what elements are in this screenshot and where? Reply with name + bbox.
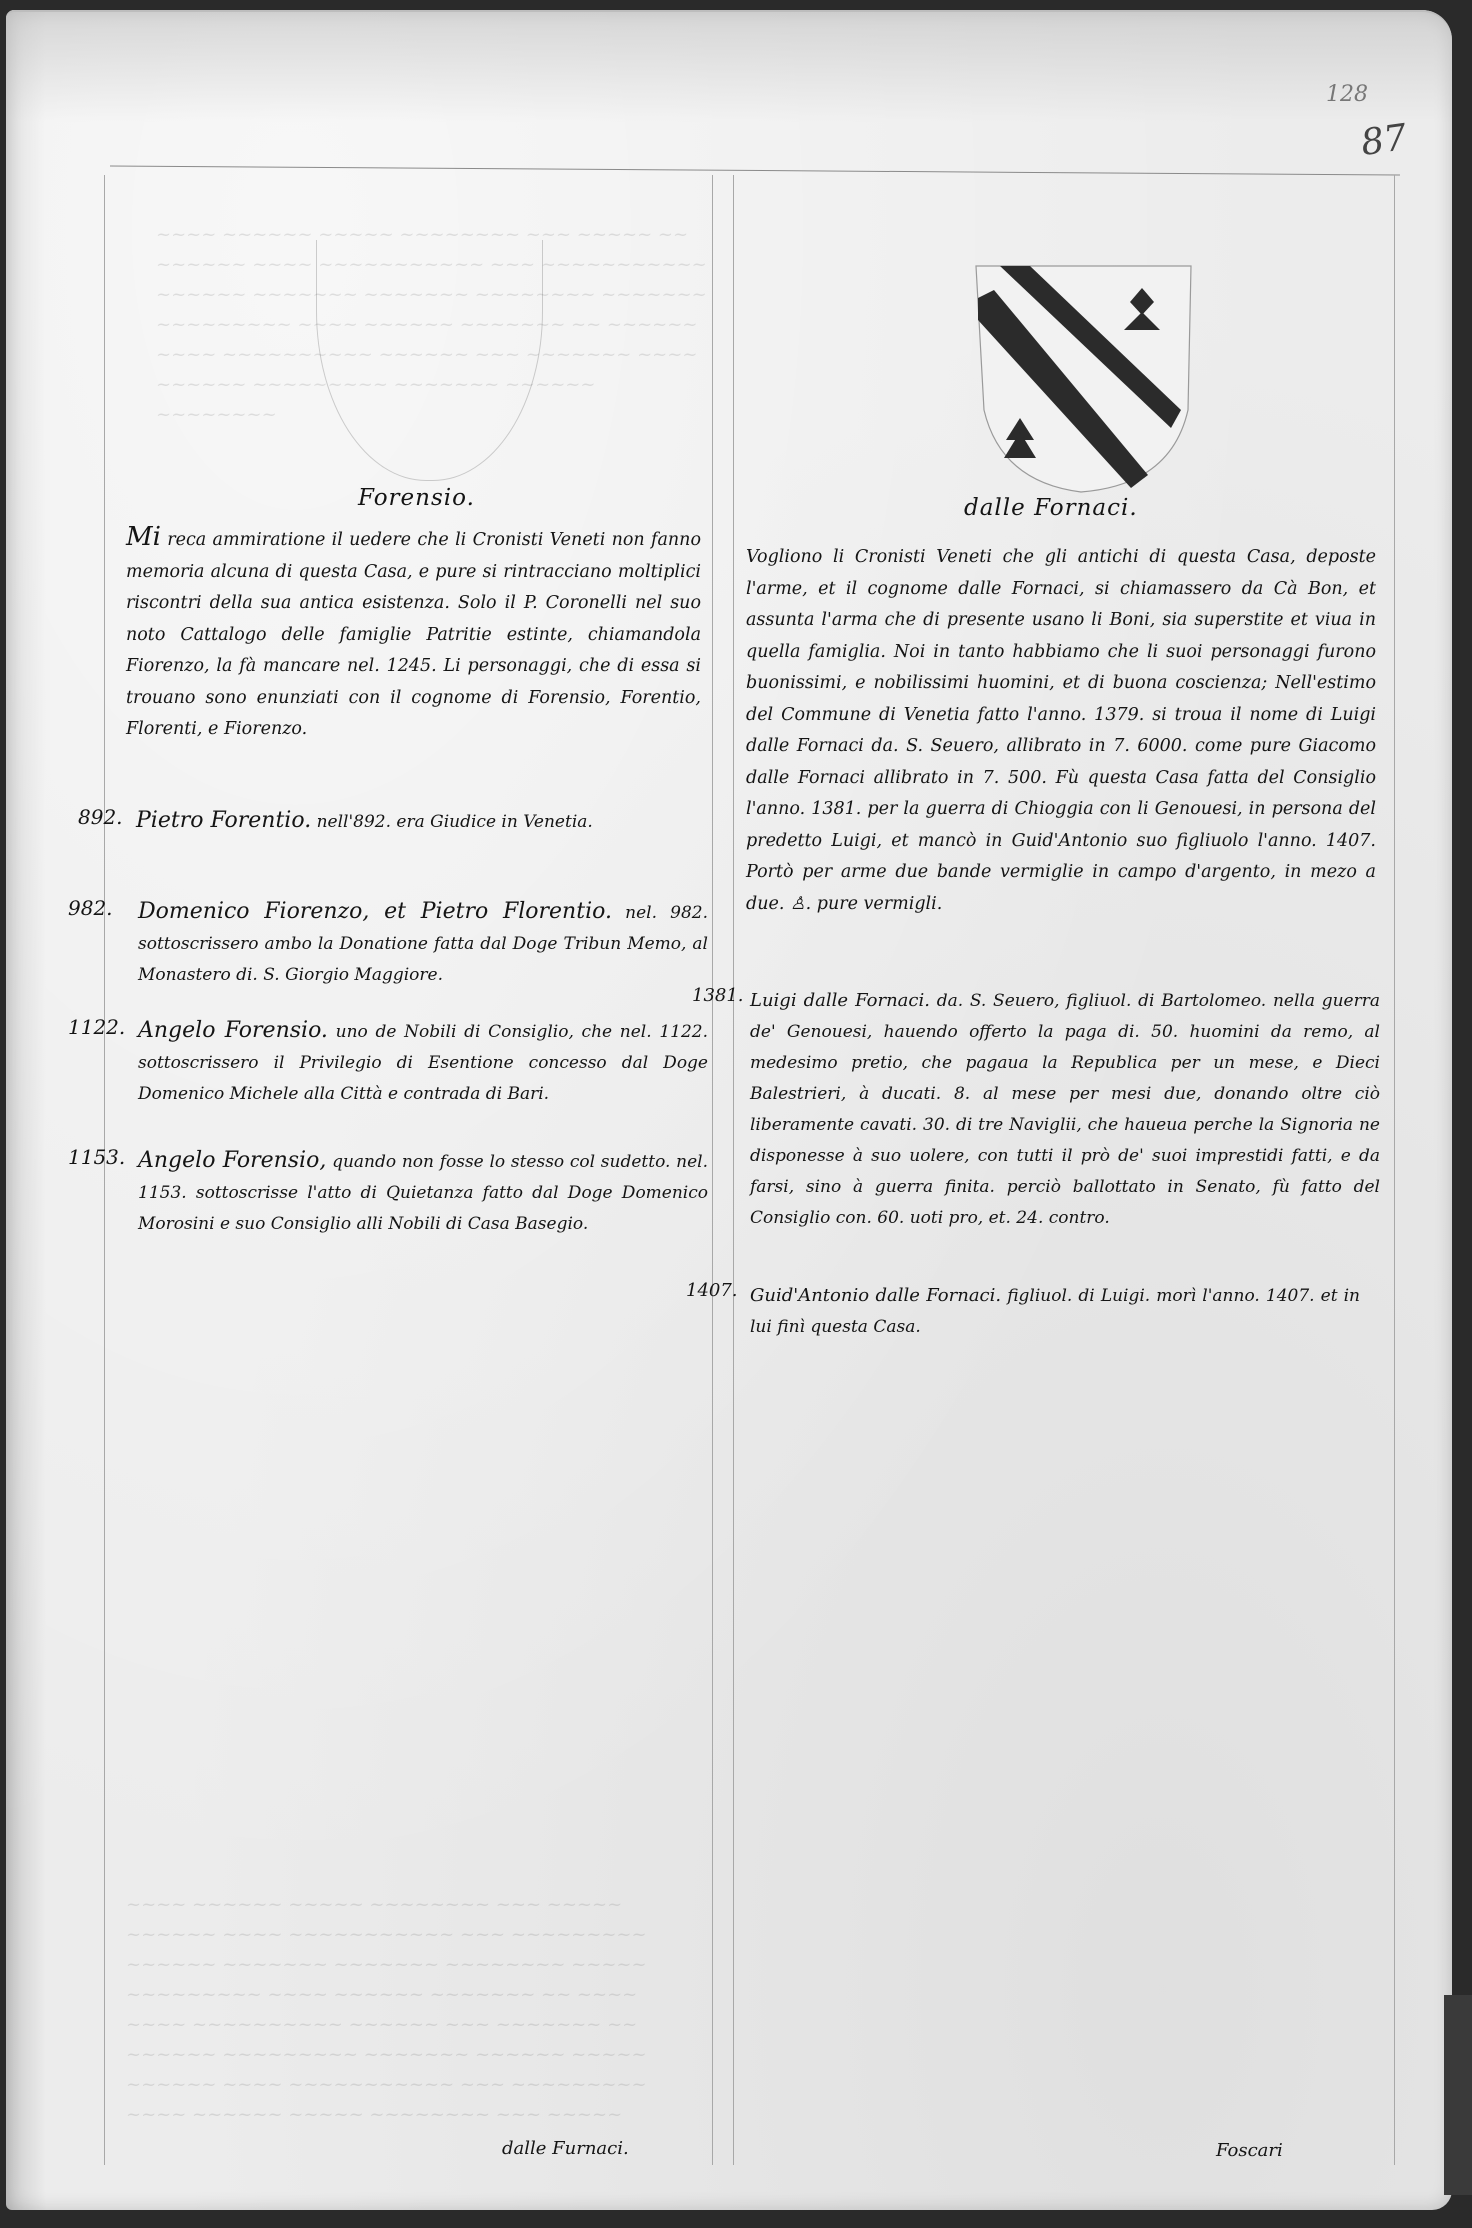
entry-year: 1153. bbox=[68, 1145, 125, 1169]
intro-first-word: Mi bbox=[126, 522, 161, 552]
entry-1153: 1153. Angelo Forensio, quando non fosse … bbox=[68, 1145, 708, 1275]
intro-text: Vogliono li Cronisti Veneti che gli anti… bbox=[746, 547, 1376, 914]
entry-name: Luigi dalle Fornaci. bbox=[750, 990, 930, 1011]
entry-1407: 1407. Guid'Antonio dalle Fornaci. figliu… bbox=[686, 1280, 1386, 1350]
entry-year: 1407. bbox=[686, 1280, 738, 1301]
left-catchword: dalle Furnaci. bbox=[502, 2138, 629, 2159]
right-margin-line bbox=[1394, 175, 1395, 2165]
entry-body: Pietro Forentio. nell'892. era Giudice i… bbox=[136, 805, 706, 838]
bleed-through-text: ~~~~ ~~~~~~ ~~~~~ ~~~~~~~~ ~~~ ~~~~~ ~~ … bbox=[156, 220, 716, 480]
manuscript-page: 128 87 ~~~~ ~~~~~~ ~~~~~ ~~~~~~~~ ~~~ ~~… bbox=[6, 10, 1452, 2210]
entry-name: Guid'Antonio dalle Fornaci. bbox=[750, 1285, 1001, 1306]
entry-name: Angelo Forensio, bbox=[138, 1148, 326, 1173]
old-folio-number: 128 bbox=[1326, 82, 1368, 107]
entry-text: nell'892. era Giudice in Venetia. bbox=[317, 812, 593, 832]
right-column-heading: dalle Fornaci. bbox=[964, 495, 1138, 521]
coat-of-arms-shield bbox=[966, 260, 1206, 500]
top-ruling-line bbox=[110, 165, 1400, 175]
entry-1122: 1122. Angelo Forensio. uno de Nobili di … bbox=[68, 1015, 708, 1145]
left-column-intro: Mi reca ammiratione il uedere che li Cro… bbox=[126, 522, 701, 746]
entry-body: Guid'Antonio dalle Fornaci. figliuol. di… bbox=[750, 1280, 1360, 1343]
intro-text: reca ammiratione il uedere che li Cronis… bbox=[126, 530, 701, 739]
torn-top-edge bbox=[6, 10, 1452, 122]
entry-year: 982. bbox=[68, 896, 113, 920]
entry-body: Domenico Fiorenzo, et Pietro Florentio. … bbox=[138, 896, 708, 991]
right-catchword: Foscari bbox=[1216, 2140, 1283, 2161]
entry-982: 982. Domenico Fiorenzo, et Pietro Floren… bbox=[68, 896, 708, 1006]
entry-body: Angelo Forensio, quando non fosse lo ste… bbox=[138, 1145, 708, 1240]
entry-year: 1381. bbox=[692, 985, 744, 1006]
entry-year: 1122. bbox=[68, 1015, 125, 1039]
entry-name: Domenico Fiorenzo, et Pietro Florentio. bbox=[138, 899, 612, 924]
binding-shadow bbox=[1444, 1995, 1472, 2195]
entry-1381: 1381. Luigi dalle Fornaci. da. S. Seuero… bbox=[692, 985, 1392, 1275]
entry-year: 892. bbox=[78, 805, 123, 829]
entry-body: Angelo Forensio. uno de Nobili di Consig… bbox=[138, 1015, 708, 1110]
entry-892: 892. Pietro Forentio. nell'892. era Giud… bbox=[78, 805, 708, 845]
entry-name: Pietro Forentio. bbox=[136, 808, 311, 833]
entry-text: da. S. Seuero, figliuol. di Bartolomeo. … bbox=[750, 991, 1380, 1228]
entry-name: Angelo Forensio. bbox=[138, 1018, 328, 1043]
folio-number: 87 bbox=[1358, 117, 1409, 164]
right-column-intro: Vogliono li Cronisti Veneti che gli anti… bbox=[746, 542, 1376, 920]
entry-body: Luigi dalle Fornaci. da. S. Seuero, figl… bbox=[750, 985, 1380, 1234]
left-column-heading: Forensio. bbox=[358, 485, 475, 511]
